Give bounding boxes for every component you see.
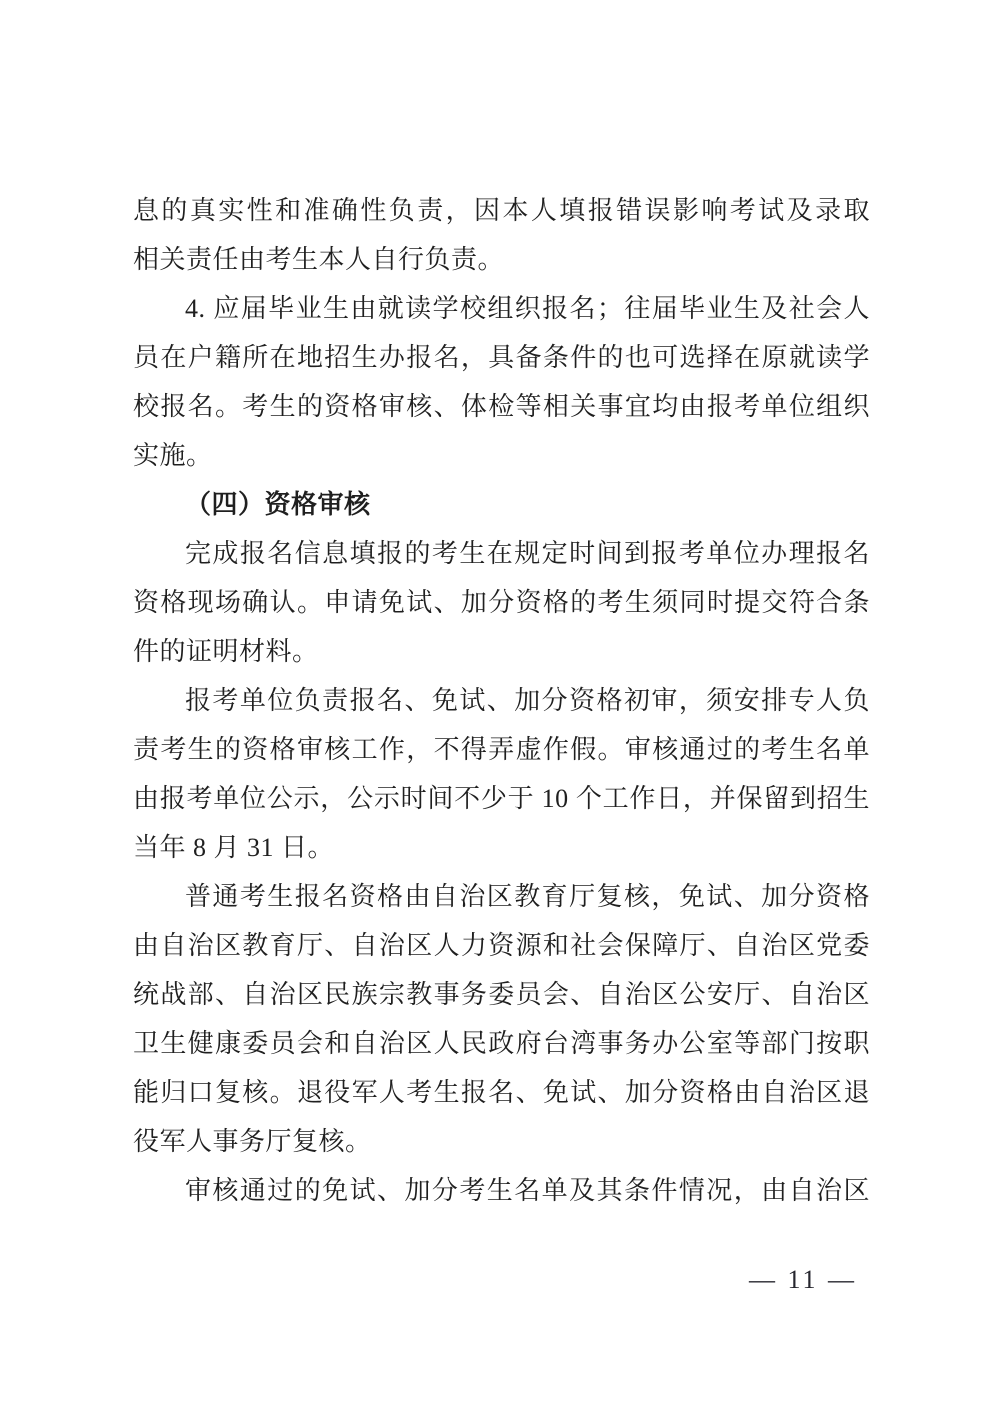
text-line: 统战部、自治区民族宗教事务委员会、自治区公安厅、自治区	[133, 970, 870, 1019]
text-line: 完成报名信息填报的考生在规定时间到报考单位办理报名	[133, 529, 870, 578]
text-line: 资格现场确认。申请免试、加分资格的考生须同时提交符合条	[133, 578, 870, 627]
text-line: 责考生的资格审核工作，不得弄虚作假。审核通过的考生名单	[133, 725, 870, 774]
document-body: 息的真实性和准确性负责，因本人填报错误影响考试及录取的， 相关责任由考生本人自行…	[133, 186, 870, 1215]
text-line: 由报考单位公示，公示时间不少于 10 个工作日，并保留到招生	[133, 774, 870, 823]
text-line: 审核通过的免试、加分考生名单及其条件情况，由自治区	[133, 1166, 870, 1215]
text-line: 实施。	[133, 431, 870, 480]
text-line: 4. 应届毕业生由就读学校组织报名；往届毕业生及社会人	[133, 284, 870, 333]
text-line: 能归口复核。退役军人考生报名、免试、加分资格由自治区退	[133, 1068, 870, 1117]
document-page: 息的真实性和准确性负责，因本人填报错误影响考试及录取的， 相关责任由考生本人自行…	[0, 0, 1000, 1421]
text-line: 报考单位负责报名、免试、加分资格初审，须安排专人负	[133, 676, 870, 725]
text-line: 件的证明材料。	[133, 627, 870, 676]
text-line: 卫生健康委员会和自治区人民政府台湾事务办公室等部门按职	[133, 1019, 870, 1068]
page-number: — 11 —	[749, 1262, 857, 1298]
text-line: 普通考生报名资格由自治区教育厅复核，免试、加分资格	[133, 872, 870, 921]
text-line: 当年 8 月 31 日。	[133, 823, 870, 872]
text-line: 相关责任由考生本人自行负责。	[133, 235, 870, 284]
text-line: 息的真实性和准确性负责，因本人填报错误影响考试及录取的，	[133, 186, 870, 235]
text-line: 由自治区教育厅、自治区人力资源和社会保障厅、自治区党委	[133, 921, 870, 970]
section-heading: （四）资格审核	[133, 480, 870, 529]
text-line: 员在户籍所在地招生办报名，具备条件的也可选择在原就读学	[133, 333, 870, 382]
text-line: 校报名。考生的资格审核、体检等相关事宜均由报考单位组织	[133, 382, 870, 431]
text-line: 役军人事务厅复核。	[133, 1117, 870, 1166]
